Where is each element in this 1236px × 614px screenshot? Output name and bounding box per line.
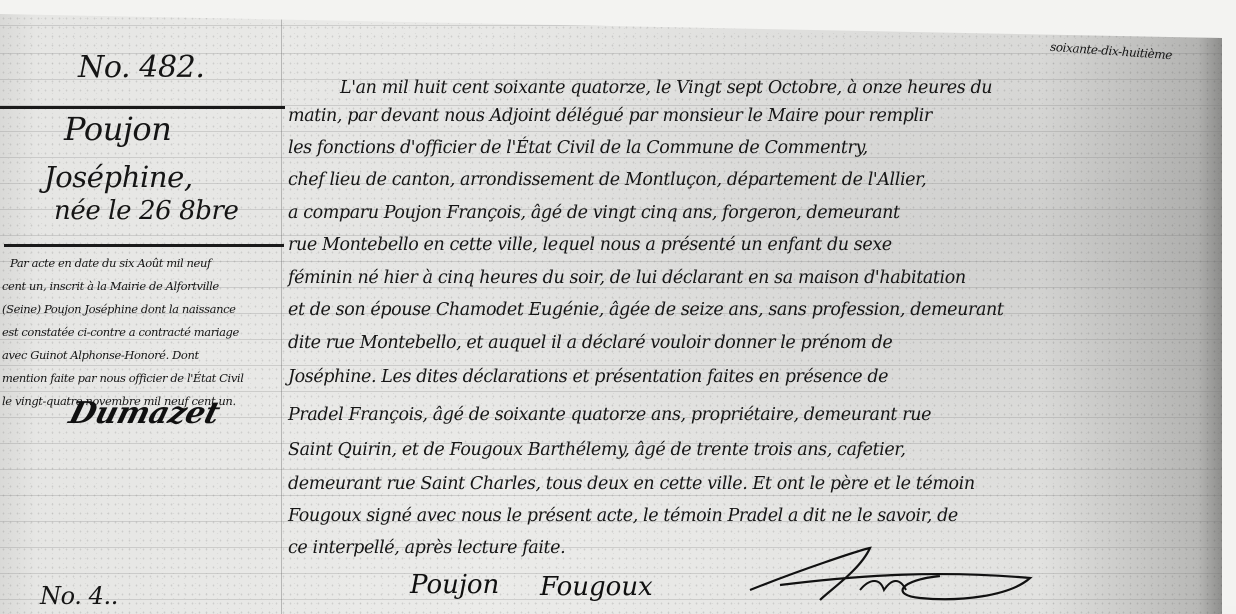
- scanned-document: No. 482. Poujon Joséphine, née le 26 8br…: [0, 0, 1236, 606]
- annotation-line: mention faite par nous officier de l'Éta…: [2, 371, 243, 385]
- body-line: dite rue Montebello, et auquel il a décl…: [288, 333, 892, 353]
- body-line: ce interpellé, après lecture faite.: [288, 538, 565, 558]
- margin-divider: [281, 14, 282, 606]
- header-rule: [0, 106, 285, 109]
- body-line: matin, par devant nous Adjoint délégué p…: [288, 106, 932, 126]
- registrant-given-name: Joséphine,: [44, 160, 193, 194]
- annotation-line: avec Guinot Alphonse-Honoré. Dont: [2, 348, 199, 362]
- registrant-surname: Poujon: [64, 110, 172, 148]
- body-line: Pradel François, âgé de soixante quatorz…: [288, 405, 931, 425]
- annotation-signature: Dumazet: [65, 396, 223, 431]
- body-line: Joséphine. Les dites déclarations et pré…: [288, 367, 888, 387]
- annotation-line: Par acte en date du six Août mil neuf: [10, 256, 211, 270]
- signature-witness: Fougoux: [540, 572, 653, 602]
- body-line: féminin né hier à cinq heures du soir, d…: [288, 268, 966, 288]
- annotation-line: cent un, inscrit à la Mairie de Alfortvi…: [2, 279, 219, 293]
- body-line: chef lieu de canton, arrondissement de M…: [288, 170, 926, 190]
- body-line: Fougoux signé avec nous le présent acte,…: [288, 506, 958, 526]
- body-line: demeurant rue Saint Charles, tous deux e…: [288, 474, 975, 494]
- body-line: a comparu Poujon François, âgé de vingt …: [288, 203, 900, 223]
- signature-father: Poujon: [410, 570, 499, 600]
- body-line: Saint Quirin, et de Fougoux Barthélemy, …: [288, 440, 906, 460]
- annotation-line: (Seine) Poujon Joséphine dont la naissan…: [2, 302, 236, 316]
- annotation-line: est constatée ci-contre a contracté mari…: [2, 325, 239, 339]
- annotation-rule: [4, 244, 284, 247]
- officer-paraph: [740, 540, 1050, 606]
- body-line: et de son épouse Chamodet Eugénie, âgée …: [288, 300, 1003, 320]
- body-line: les fonctions d'officier de l'État Civil…: [288, 138, 868, 158]
- act-number: No. 482.: [78, 50, 204, 85]
- body-line: L'an mil huit cent soixante quatorze, le…: [340, 78, 992, 98]
- body-line: rue Montebello en cette ville, lequel no…: [288, 235, 892, 255]
- next-entry-number: No. 4..: [40, 582, 118, 606]
- birth-date-note: née le 26 8bre: [54, 196, 239, 226]
